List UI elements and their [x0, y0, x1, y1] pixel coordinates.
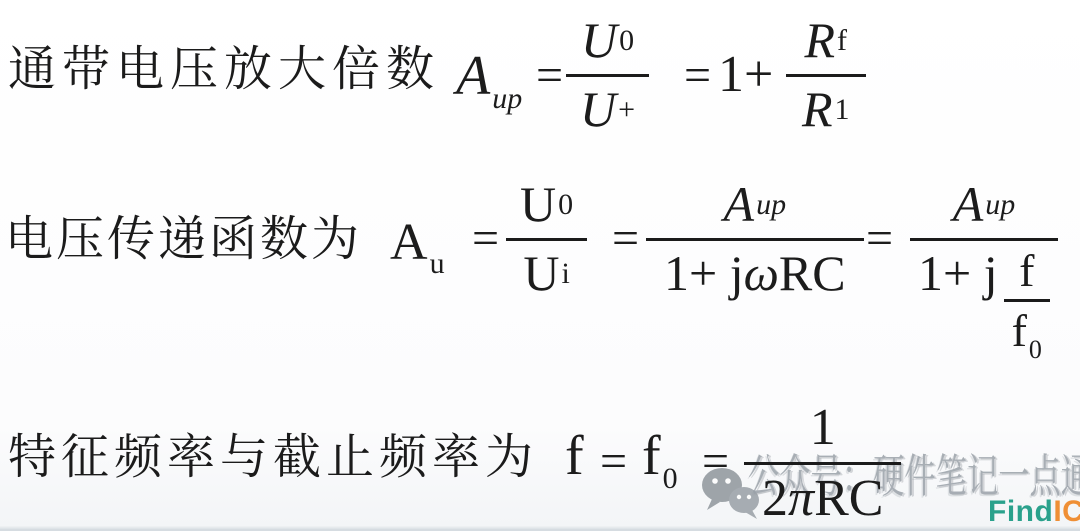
- u0-subscript: 0: [558, 190, 573, 220]
- line1-equals-2: =: [684, 50, 711, 103]
- u0-symbol: U: [520, 176, 556, 234]
- line1-variable-aup: Aup: [456, 46, 522, 108]
- fraction-bar: [566, 74, 649, 77]
- fraction-aup-over-jf-f0: Aup 1+ j f f0: [910, 176, 1058, 357]
- uplus-symbol: U: [580, 81, 616, 139]
- line2-equals-2: =: [612, 213, 639, 266]
- line2-var-name: A: [390, 214, 428, 271]
- fraction-bar: [506, 238, 587, 241]
- line1-one-plus: 1+: [718, 46, 773, 103]
- line1-equals-1: =: [536, 50, 563, 103]
- fraction-u0-over-ui: U0 Ui: [506, 176, 587, 302]
- fraction-bar: [1004, 299, 1050, 302]
- fraction-numerator: U0: [506, 176, 587, 234]
- fraction-denominator: 1+ j f f0: [910, 245, 1058, 357]
- findic-logo: FindIC: [988, 497, 1080, 527]
- f0-subscript: 0: [1029, 337, 1042, 363]
- fraction-aup-over-jwrc: Aup 1+ jωRC: [646, 176, 864, 302]
- fraction-denominator: U+: [566, 81, 649, 139]
- line3-f0-symbol: f0: [642, 426, 678, 488]
- logo-find-text: Find: [988, 495, 1053, 528]
- u0-subscript: 0: [619, 26, 634, 56]
- aup-subscript: up: [756, 190, 786, 220]
- fraction-numerator: Aup: [710, 176, 801, 234]
- line2-label: 电压传递函数为: [5, 212, 362, 267]
- fraction-numerator: Aup: [939, 176, 1030, 234]
- nested-fraction-f-over-f0: f f0: [1004, 245, 1050, 357]
- ui-subscript: i: [561, 259, 569, 289]
- f0-symbol: f: [642, 425, 661, 487]
- fraction-numerator: Rf: [789, 12, 864, 70]
- line2-equals-1: =: [472, 213, 499, 266]
- line1-label: 通带电压放大倍数: [8, 42, 440, 97]
- nested-numerator: f: [1011, 245, 1042, 297]
- aup-symbol: A: [724, 176, 755, 234]
- fraction-bar: [744, 462, 901, 465]
- ui-symbol: U: [523, 245, 559, 303]
- aup-symbol: A: [953, 176, 984, 234]
- r1-subscript: 1: [835, 95, 850, 125]
- f0-symbol: f: [1012, 305, 1027, 356]
- fraction-numerator: 1: [796, 398, 850, 458]
- rf-subscript: f: [837, 26, 847, 56]
- fraction-bar: [910, 238, 1058, 241]
- line2-equals-3: =: [866, 213, 893, 266]
- fraction-rf-over-r1: Rf R1: [786, 12, 866, 138]
- fraction-denominator: 2πRC: [744, 469, 901, 529]
- line3-label: 特征频率与截止频率为: [8, 430, 538, 485]
- fraction-denominator: R1: [786, 81, 866, 139]
- line2-variable-au: Au: [390, 214, 445, 271]
- u0-symbol: U: [581, 12, 617, 70]
- uplus-subscript: +: [618, 95, 635, 125]
- fraction-denominator: 1+ jωRC: [646, 245, 864, 303]
- omega-symbol: ω: [744, 245, 779, 303]
- line3-equals-1: =: [600, 436, 627, 489]
- f-symbol: f: [1019, 245, 1034, 296]
- rc-symbol: RC: [779, 245, 846, 303]
- one-plus-j: 1+ j: [918, 245, 998, 303]
- two-symbol: 2: [762, 469, 788, 529]
- pi-symbol: π: [788, 469, 814, 529]
- line3-f-symbol: f: [565, 426, 584, 488]
- fraction-one-over-2pirc: 1 2πRC: [744, 398, 901, 529]
- fraction-bar: [786, 74, 866, 77]
- f0-subscript: 0: [663, 464, 678, 494]
- rf-symbol: R: [805, 12, 836, 70]
- rc-symbol: RC: [814, 469, 883, 529]
- line1-var-sub: up: [492, 84, 522, 114]
- one-symbol: 1: [810, 398, 836, 458]
- line1-var-name: A: [456, 45, 490, 107]
- logo-ic-text: IC: [1053, 495, 1080, 528]
- fraction-denominator: Ui: [509, 245, 583, 303]
- r1-symbol: R: [802, 81, 833, 139]
- line2-var-sub: u: [430, 249, 445, 279]
- aup-subscript: up: [985, 190, 1015, 220]
- fraction-bar: [646, 238, 864, 241]
- fraction-numerator: U0: [567, 12, 648, 70]
- line3-equals-2: =: [702, 436, 729, 489]
- nested-denominator: f0: [1004, 305, 1050, 357]
- fraction-u0-over-uplus: U0 U+: [566, 12, 649, 138]
- one-plus-j: 1+ j: [664, 245, 744, 303]
